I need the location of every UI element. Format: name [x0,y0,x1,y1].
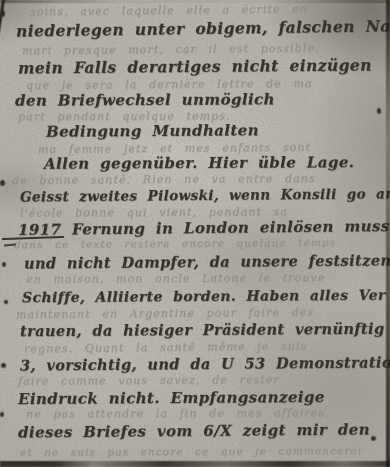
handwritten-line-fr: mari presque mort, car il est possible, [22,43,320,57]
ink-speck [0,180,5,186]
handwritten-line-de: dieses Briefes vom 6/X zeigt mir den [18,422,370,441]
scan-edge-right [386,0,390,467]
handwritten-line-fr: en maison, mon oncle Latone le trouve [26,272,325,285]
handwritten-line-de: 3, vorsichtig, und da U 53 Demonstration [20,355,390,374]
ink-speck [0,412,4,417]
handwritten-line-de: trauen, da hiesiger Präsident vernünftig [20,322,385,340]
handwritten-line-fr: l'école bonne qui vient, pendant sa [20,206,288,219]
handwritten-line-de: Schiffe, Alliierte borden. Haben alles V… [22,289,386,306]
handwritten-line-fr: ne pas attendre la fin de mes affaires. [26,407,330,420]
handwritten-line-fr: regnes. Quant la santé même je suis [24,341,307,356]
handwritten-line-fr: dans ce texte restera encore quelque tem… [14,238,336,251]
handwritten-line-de: niederlegen unter obigem, falschen Na [16,18,390,39]
ink-speck [377,108,381,114]
ink-speck [1,363,6,368]
handwritten-line-de: 1917 Fernung in London einlösen muss [18,219,390,239]
handwritten-line-fr: faire comme vous savez, de rester [18,374,280,387]
ink-speck [371,436,376,441]
scan-edge-top [0,0,390,3]
handwritten-line-de: Eindruck nicht. Empfangsanzeige [18,390,325,408]
ink-speck [2,262,6,267]
handwritten-line-fr: soins, avec laquelle elle a écrite en [30,4,308,18]
ink-speck [4,300,8,304]
handwritten-line-fr: de bonne santé. Rien ne va entre dans [12,173,316,187]
handwritten-line-de: mein Falls derartiges nicht einzügen [18,57,372,76]
handwritten-line-fr: et ne suis pas encore ce que je commence… [20,446,362,459]
handwritten-line-de: den Briefwechsel unmöglich [15,92,275,109]
handwritten-line-de: Geisst zweites Pilowski, wenn Konsili go… [20,187,390,204]
handwritten-line-fr: maintenant en Argentine pour faire des [16,307,314,321]
handwritten-line-de: Allen gegenüber. Hier üble Lage. [44,155,354,172]
handwritten-line-de: und nicht Dampfer, da unsere festsitzen [24,253,390,271]
scan-edge-bottom [0,461,390,467]
scanned-letter-page: soins, avec laquelle elle a écrite ennie… [0,0,390,467]
handwritten-line-de: Bedingung Mundhalten [46,123,259,140]
handwriting-layer: soins, avec laquelle elle a écrite ennie… [0,0,390,467]
